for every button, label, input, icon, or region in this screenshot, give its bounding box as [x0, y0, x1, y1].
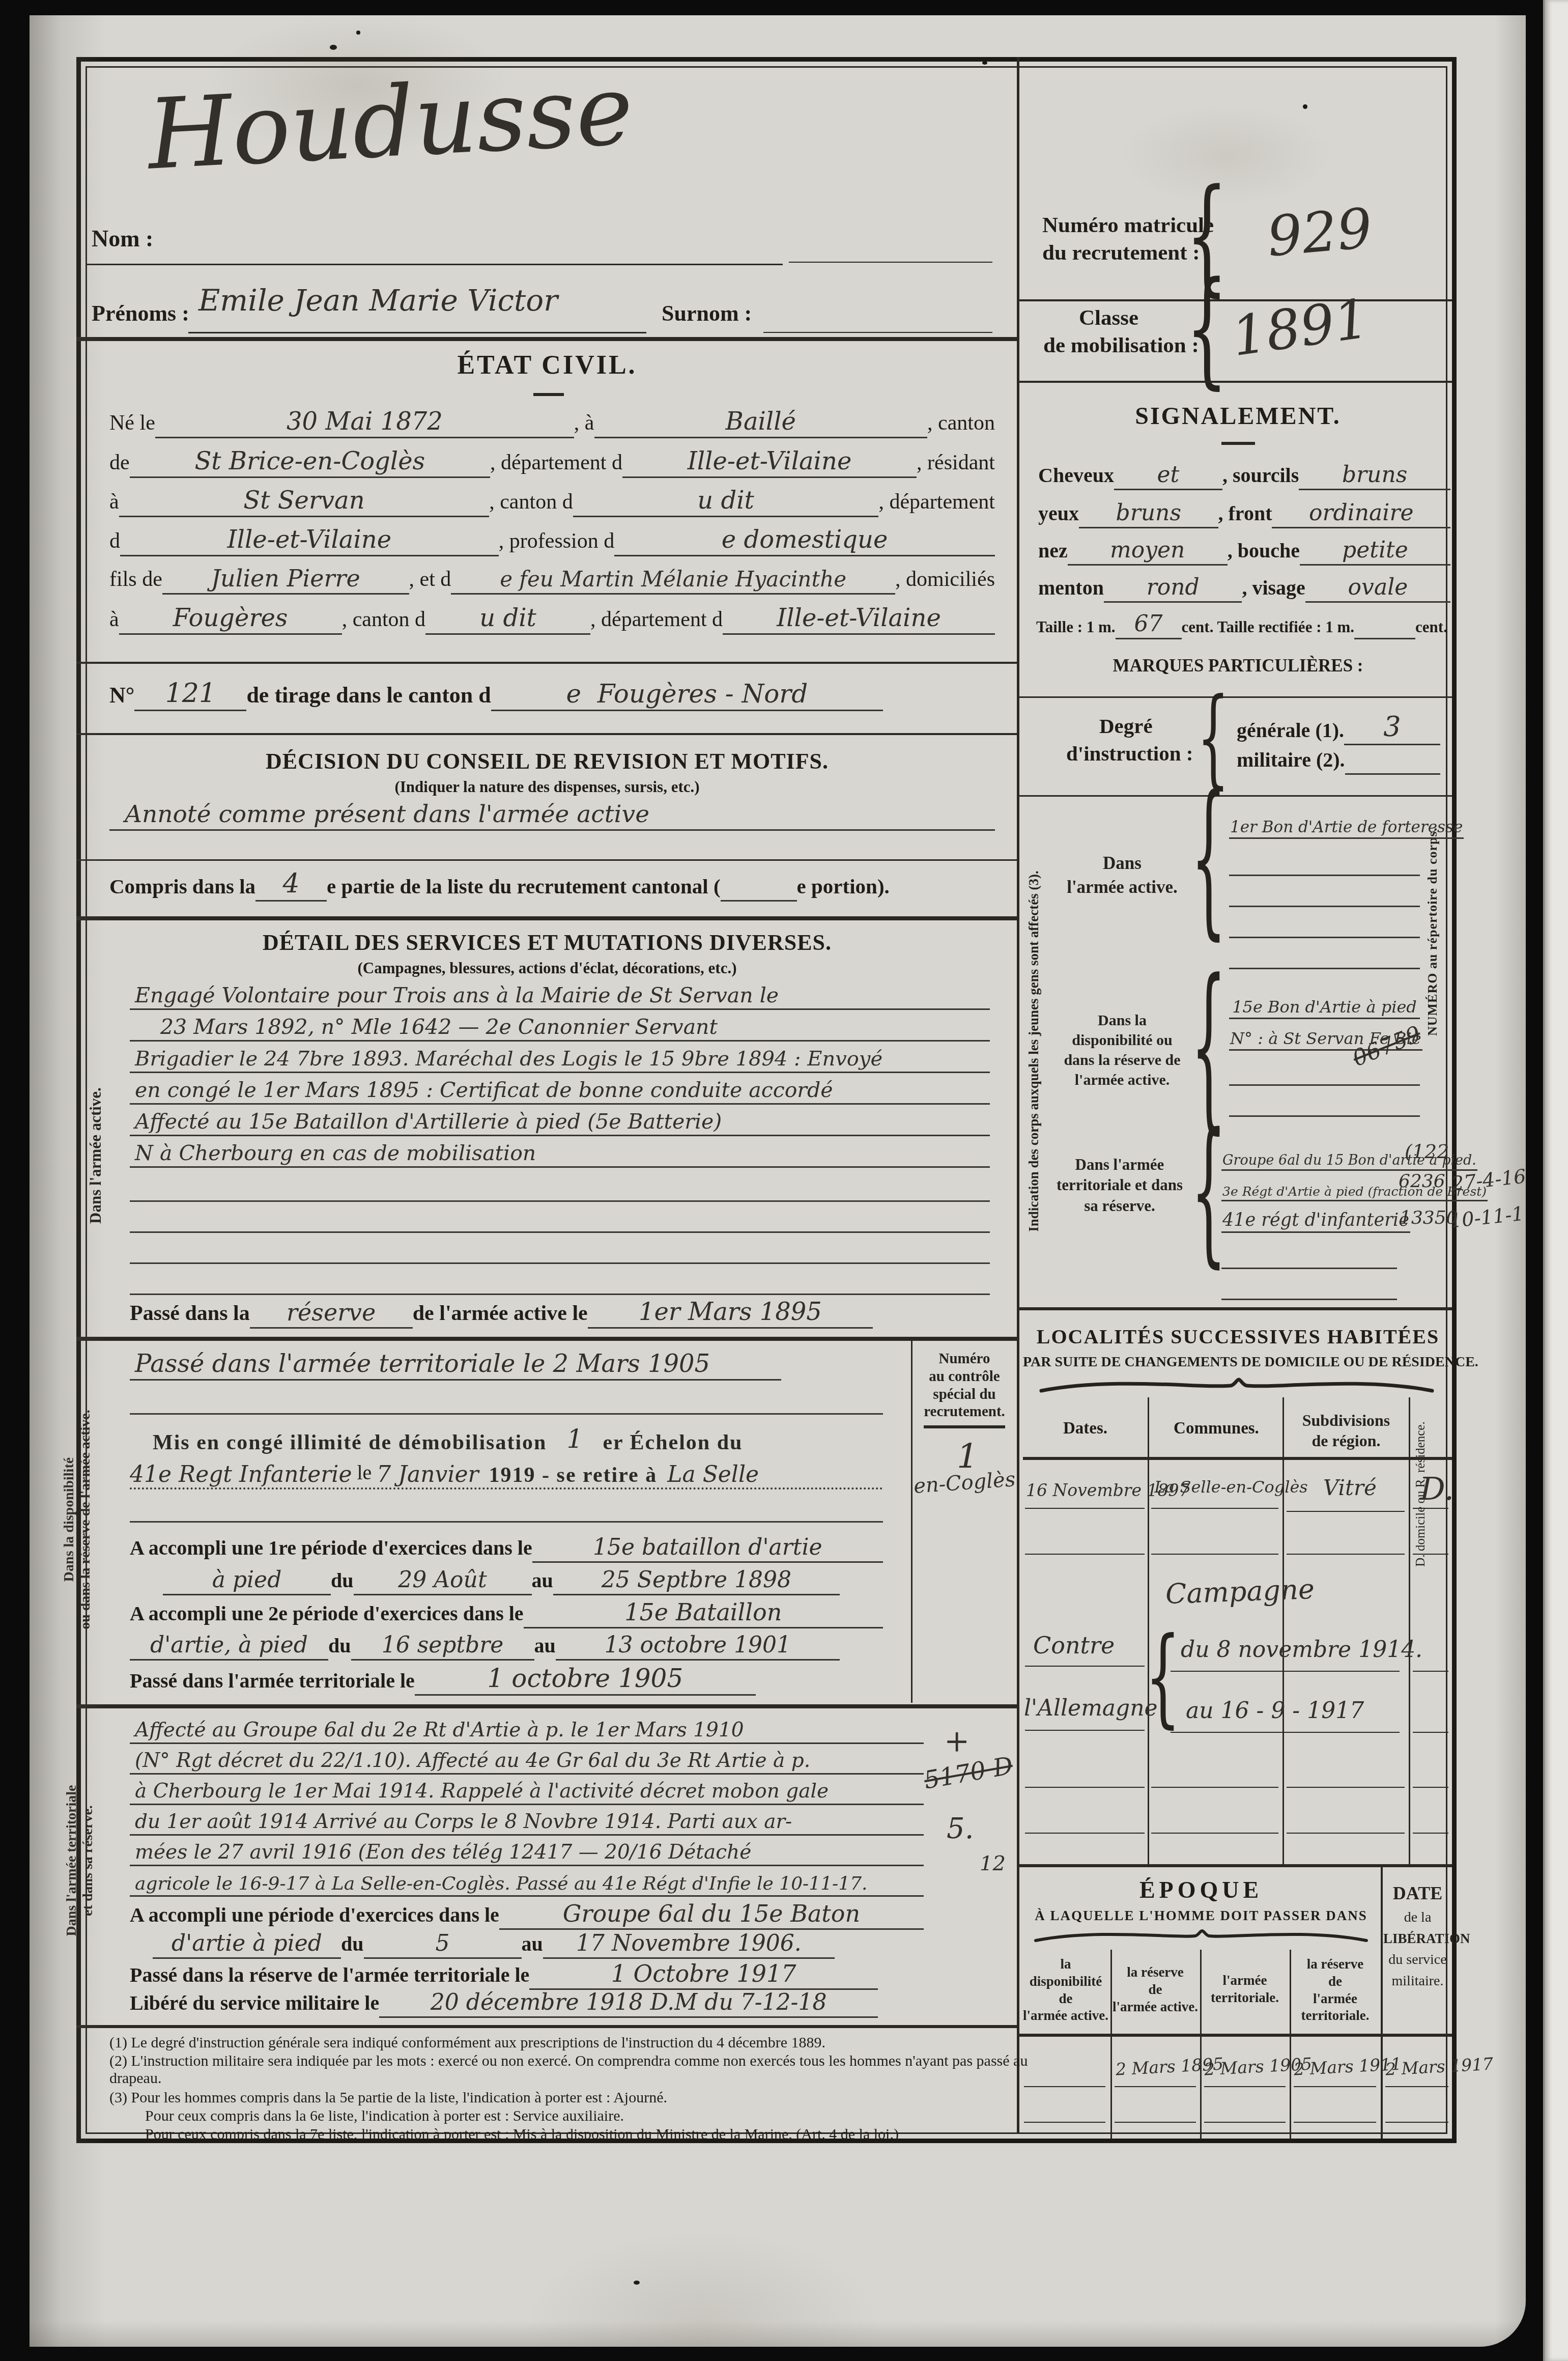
etat-civil-title: ÉTAT CIVIL. — [331, 350, 763, 380]
periode3-label: A accompli une période d'exercices dans … — [130, 1903, 499, 1930]
corps-terr-label: Dans l'armée territoriale et dans sa rés… — [1048, 1155, 1191, 1216]
blank-ruled-line — [130, 1492, 883, 1524]
service-line-1: Engagé Volontaire pour Trois ans à la Ma… — [130, 981, 990, 1010]
localites-col-subdiv-l2: de région. — [1312, 1431, 1380, 1450]
terr-entry: agricole le 16-9-17 à La Selle-en-Coglès… — [135, 1873, 868, 1894]
epoque-date-l1: DATE — [1383, 1879, 1452, 1907]
matricule-value: 929 — [1265, 196, 1375, 269]
blank-portion — [721, 899, 797, 902]
disponibilite-vlabel-line2: ou dans la réserve de l'armée active. — [77, 1410, 93, 1629]
a2-label: à — [109, 490, 119, 517]
epoque-col1-l3: de — [1059, 1991, 1073, 2006]
periode2-debut-value: 16 septbre — [382, 1632, 504, 1658]
ne-le-label: Né le — [109, 411, 155, 438]
terr-line-1: Affecté au Groupe 6al du 2e Rt d'Artie à… — [130, 1717, 924, 1744]
periode3-fin-value: 17 Novembre 1906. — [576, 1930, 802, 1956]
footnote-2: (2) L'instruction militaire sera indiqué… — [109, 2053, 1041, 2087]
footnote-4: Pour ceux compris dans la 6e liste, l'in… — [145, 2107, 1015, 2125]
yeux-label: yeux — [1038, 501, 1079, 528]
campagne-title: Campagne — [1165, 1573, 1315, 1610]
cheveux-value: et — [1157, 462, 1180, 488]
services-title: DÉTAIL DES SERVICES ET MUTATIONS DIVERSE… — [153, 930, 942, 955]
epoque-col1-l2: disponibilité — [1030, 1974, 1102, 1989]
compris-line: Compris dans la 4 e partie de la liste d… — [109, 868, 995, 902]
corps-terr-num-2: 6236 — [1399, 1171, 1445, 1192]
periode1-fin-value: 25 Septbre 1898 — [602, 1567, 791, 1593]
etat-civil-line-1: Né le 30 Mai 1872 , à Baillé , canton — [109, 407, 995, 438]
terr-line-6: agricole le 16-9-17 à La Selle-en-Coglès… — [130, 1869, 924, 1897]
armee-active-vlabel-text: Dans l'armée active. — [87, 1087, 104, 1224]
mother-name-value: e feu Martin Mélanie Hyacinthe — [500, 567, 846, 592]
corps-active-label-l1: Dans — [1103, 853, 1142, 873]
taille-label: Taille : 1 m. — [1036, 618, 1116, 639]
corps-dispo-label-text: Dans la disponibilité ou dans la réserve… — [1064, 1012, 1180, 1088]
periode1-line-b: à pied du 29 Août au 25 Septbre 1898 — [163, 1566, 840, 1595]
canton-label: , canton — [927, 411, 995, 438]
tirage-canton-value: e Fougères - Nord — [566, 679, 808, 709]
nez-label: nez — [1038, 539, 1068, 566]
corps-terr-entry-3-row: 41e régt d'infanterie — [1221, 1204, 1397, 1233]
passe-territoriale-line: Passé dans l'armée territoriale le 1 oct… — [130, 1664, 756, 1696]
decision-title: DÉCISION DU CONSEIL DE REVISION ET MOTIF… — [153, 748, 942, 774]
signalement-row-4: menton rond , visage ovale — [1038, 573, 1450, 603]
demob-le-label: le — [352, 1460, 377, 1487]
periode3-debut-value: 5 — [436, 1930, 450, 1956]
departement-value: Ille-et-Vilaine — [688, 447, 852, 475]
decision-subtitle: (Indiquer la nature des dispenses, sursi… — [153, 778, 942, 796]
tirage-number-value: 121 — [165, 678, 216, 709]
footnote-3: (3) Pour les hommes compris dans la 5e p… — [109, 2089, 1015, 2106]
etat-civil-line-4: d Ille-et-Vilaine , profession d e domes… — [109, 525, 995, 556]
cheveux-label: Cheveux — [1038, 463, 1114, 490]
territoriale-vlabel-line1: Dans l'armée territoriale — [64, 1785, 79, 1936]
service-entry: en congé le 1er Mars 1895 : Certificat d… — [135, 1078, 833, 1102]
corps-terr-entry-2: 3e Régt d'Artie à pied (fraction de Bres… — [1222, 1184, 1487, 1199]
epoque-col1-l1: la — [1060, 1956, 1071, 1972]
et-de-label: , et d — [409, 567, 451, 595]
du-label: du — [331, 1568, 354, 1595]
classe-brace: { — [1186, 255, 1228, 402]
demob-lieu-value: La Selle — [667, 1461, 759, 1487]
epoque-ornament — [1033, 1927, 1369, 1945]
passe-reserve-label: Passé dans la — [130, 1301, 250, 1329]
terr-1905-value: Passé dans l'armée territoriale le 2 Mar… — [135, 1350, 710, 1378]
terr-line-5: mées le 27 avril 1916 (Eon des télég 124… — [130, 1839, 924, 1866]
epoque-col2-l1: la réserve — [1127, 1964, 1184, 1980]
generale-value: 3 — [1383, 711, 1401, 743]
epoque-col4-header: la réserve de l'armée territoriale. — [1291, 1956, 1380, 2025]
prenoms-label: Prénoms : — [92, 300, 189, 326]
controle-header-l2: au contrôle — [929, 1368, 1000, 1385]
campagne-brace: { — [1145, 1615, 1181, 1738]
au2-label: au — [534, 1634, 556, 1661]
birth-date-value: 30 Mai 1872 — [287, 407, 443, 436]
signalement-row-1: Cheveux et , sourcils bruns — [1038, 461, 1450, 490]
periode3-pied-value: d'artie à pied — [172, 1930, 322, 1956]
canton2-label: , canton d — [489, 490, 573, 517]
localites-row1-dr: D. — [1420, 1470, 1454, 1507]
decision-answer: Annoté comme présent dans l'armée active — [109, 800, 995, 831]
terr-entry: à Cherbourg le 1er Mai 1914. Rappelé à l… — [135, 1780, 829, 1803]
epoque-date-l4: du service — [1383, 1949, 1452, 1971]
marques-label: MARQUES PARTICULIÈRES : — [1023, 656, 1453, 676]
corps-dispo-label: Dans la disponibilité ou dans la réserve… — [1056, 1010, 1188, 1090]
degre-militaire-row: militaire (2). — [1237, 746, 1440, 775]
terr-entry: du 1er août 1914 Arrivé au Corps le 8 No… — [135, 1810, 792, 1833]
epoque-col1-l4: l'armée active. — [1023, 2008, 1108, 2023]
blank-militaire — [1345, 772, 1440, 775]
blank-ruled-lines — [130, 1171, 990, 1298]
demob-echelon-value: 1 — [567, 1424, 583, 1454]
scanned-register-sheet: Nom : Houdusse Prénoms : Emile Jean Mari… — [0, 0, 1568, 2361]
service-line-2: 23 Mars 1892, n° Mle 1642 — 2e Canonnier… — [130, 1013, 990, 1042]
libere-label: Libéré du service militaire le — [130, 1991, 379, 2018]
epoque-col3-l2: territoriale. — [1211, 1990, 1279, 2005]
periode2-corps-value: 15e Bataillon — [624, 1598, 782, 1626]
periode3-corps-value: Groupe 6al du 15e Baton — [563, 1900, 860, 1927]
decision-answer-value: Annoté comme présent dans l'armée active — [125, 800, 649, 828]
reserve-value: réserve — [287, 1299, 376, 1326]
periode1-pied-value: à pied — [212, 1567, 282, 1593]
matricule-label-2: du recrutement : — [1042, 240, 1200, 265]
parents-domicile-value: Fougères — [173, 604, 288, 632]
terr-entry: mées le 27 avril 1916 (Eon des télég 124… — [135, 1841, 751, 1864]
prenoms-value: Emile Jean Marie Victor — [198, 283, 558, 318]
service-entry: Brigadier le 24 7bre 1893. Maréchal des … — [135, 1047, 882, 1071]
blank-ruled-lines — [1229, 1055, 1420, 1120]
canton2-value: u dit — [697, 486, 754, 515]
corps-vlabel-left-text: Indication des corps auxquels les jeunes… — [1026, 870, 1041, 1232]
disponibilite-vlabel: Dans la disponibilité ou dans la réserve… — [61, 1344, 94, 1695]
militaire-label: militaire (2). — [1237, 748, 1345, 775]
corps-terr-label-text: Dans l'armée territoriale et dans sa rés… — [1057, 1156, 1183, 1215]
localites-row1-commune: La Selle-en-Coglès — [1154, 1477, 1308, 1497]
controle-header-l3: spécial du — [933, 1386, 995, 1402]
terr-1905-line: Passé dans l'armée territoriale le 2 Mar… — [130, 1349, 781, 1381]
footnote-5: Pour ceux compris dans la 7e liste, l'in… — [145, 2126, 1036, 2143]
epoque-col4-l1: la réserve — [1307, 1956, 1364, 1972]
footnote-1: (1) Le degré d'instruction générale sera… — [109, 2034, 1015, 2051]
libere-value: 20 décembre 1918 D.M du 7-12-18 — [431, 1989, 827, 2015]
blank-ruled-lines — [1221, 1238, 1397, 1302]
service-line-5: Affecté au 15e Bataillon d'Artillerie à … — [130, 1108, 990, 1136]
localites-col-subdiv: Subdivisions de région. — [1285, 1410, 1407, 1451]
passe-reserve-line: Passé dans la réserve de l'armée active … — [130, 1297, 873, 1329]
nez-value: moyen — [1110, 537, 1185, 563]
etat-civil-line-6: à Fougères , canton d u dit , départemen… — [109, 604, 995, 635]
corps-dispo-entry-1-row: 15e Bon d'Artie à pied — [1229, 992, 1420, 1019]
service-entry: 23 Mars 1892, n° Mle 1642 — 2e Canonnier… — [160, 1015, 718, 1039]
epoque-col4-l2: de — [1328, 1974, 1342, 1989]
controle-header: Numéro au contrôle spécial du recrutemen… — [914, 1350, 1015, 1421]
epoque-subtitle: À LAQUELLE L'HOMME DOIT PASSER DANS — [1023, 1908, 1379, 1924]
demob-regt-value: 41e Regt Infanterie — [130, 1461, 352, 1487]
nom-label: Nom : — [92, 225, 153, 252]
visage-label: , visage — [1242, 576, 1305, 603]
taille-value: 67 — [1134, 611, 1163, 637]
compris-label-2: e partie de la liste du recrutement cant… — [327, 874, 721, 902]
periode1-line: A accompli une 1re période d'exercices d… — [130, 1533, 883, 1563]
epoque-col2-l3: l'armée active. — [1113, 1999, 1198, 2014]
localites-col-subdiv-l1: Subdivisions — [1302, 1411, 1390, 1429]
au3-label: au — [522, 1932, 543, 1959]
corps-vlabel-left: Indication des corps auxquels les jeunes… — [1026, 802, 1042, 1301]
demob-stamp-text-2: er Échelon du — [603, 1430, 743, 1455]
service-line-6: N à Cherbourg en cas de mobilisation — [130, 1139, 990, 1168]
services-subtitle: (Campagnes, blessures, actions d'éclat, … — [153, 959, 942, 977]
armee-active-vlabel: Dans l'armée active. — [87, 993, 105, 1318]
front-value: ordinaire — [1309, 500, 1413, 526]
corps-terr-num-1: (122 — [1405, 1140, 1449, 1163]
periode1-debut-value: 29 Août — [398, 1567, 487, 1593]
menton-label: menton — [1038, 576, 1104, 603]
territoriale-vlabel-line2: et dans sa réserve. — [80, 1805, 96, 1916]
epoque-col4-l4: territoriale. — [1301, 2008, 1369, 2023]
corps-terr-entry-3: 41e régt d'infanterie — [1222, 1210, 1409, 1230]
corps-margin-date-2: 10-11-17 — [1448, 1201, 1526, 1232]
localites-row1-subdiv: Vitré — [1323, 1475, 1377, 1500]
margin-5-mark: 5. — [947, 1812, 974, 1845]
corps-vlabel-right-text: NUMÉRO au répertoire du corps. — [1425, 827, 1440, 1036]
signalement-title: SIGNALEMENT. — [1023, 402, 1453, 430]
corps-vlabel-right: NUMÉRO au répertoire du corps. — [1425, 804, 1440, 1059]
paper-sheet: Nom : Houdusse Prénoms : Emile Jean Mari… — [30, 15, 1526, 2347]
surnom-label: Surnom : — [662, 300, 752, 326]
periode3-line-b: d'artie à pied du 5 au 17 Novembre 1906. — [153, 1930, 835, 1959]
passe-reserve-label-2: de l'armée active le — [413, 1301, 588, 1329]
campagne-date-1: du 8 novembre 1914. — [1181, 1637, 1422, 1663]
compris-partie-value: 4 — [283, 868, 300, 899]
service-line-4: en congé le 1er Mars 1895 : Certificat d… — [130, 1076, 990, 1105]
degre-label-1: Degré — [1099, 714, 1153, 738]
domicilies-label: , domiciliés — [895, 567, 995, 595]
passe-territoriale-value: 1 octobre 1905 — [488, 1664, 683, 1693]
demob-stamp-text-1: Mis en congé illimité de démobilisation — [153, 1430, 547, 1455]
birth-place-value: Baillé — [726, 407, 796, 436]
corps-dispo-entry-1: 15e Bon d'Artie à pied — [1232, 997, 1417, 1017]
campagne-date-2: au 16 - 9 - 1917 — [1186, 1698, 1364, 1724]
corps-active-entry: 1er Bon d'Artie de forteresse — [1230, 818, 1463, 836]
signalement-row-2: yeux bruns , front ordinaire — [1038, 499, 1450, 528]
departement-label: , département d — [490, 451, 622, 478]
periode2-fin-value: 13 octobre 1901 — [605, 1632, 791, 1658]
taille-row: Taille : 1 m. 67 cent. Taille rectifiée … — [1036, 611, 1455, 639]
corps-active-brace: { — [1191, 760, 1227, 955]
epoque-col2-l2: de — [1149, 1982, 1162, 1997]
controle-column-divider — [911, 1339, 913, 1703]
residence-value: St Servan — [243, 486, 364, 515]
reserve-territoriale-value: 1 Octobre 1917 — [611, 1960, 796, 1987]
signalement-row-3: nez moyen , bouche petite — [1038, 536, 1450, 566]
periode2-line-b: d'artie, à pied du 16 septbre au 13 octo… — [130, 1631, 840, 1661]
numero-tirage-label: N° — [109, 682, 134, 711]
taille-rectifiee-label: cent. Taille rectifiée : 1 m. — [1182, 618, 1354, 639]
terr-line-2: (N° Rgt décret du 22/1.10). Affecté au 4… — [130, 1747, 924, 1775]
corps-active-entry-row: 1er Bon d'Artie de forteresse — [1229, 810, 1420, 839]
sourcils-label: , sourcils — [1222, 463, 1299, 490]
terr-entry: (N° Rgt décret du 22/1.10). Affecté au 4… — [135, 1749, 810, 1772]
bouche-label: , bouche — [1228, 539, 1300, 566]
bouche-value: petite — [1342, 537, 1408, 563]
menton-value: rond — [1147, 574, 1200, 600]
localites-col-communes: Communes. — [1150, 1419, 1282, 1438]
du2-label: du — [328, 1634, 351, 1661]
yeux-value: bruns — [1116, 500, 1181, 526]
corps-terr-entry-2-row: 3e Régt d'Artie à pied (fraction de Bres… — [1221, 1175, 1397, 1201]
service-line-3: Brigadier le 24 7bre 1893. Maréchal des … — [130, 1045, 990, 1073]
service-entry: N à Cherbourg en cas de mobilisation — [135, 1141, 536, 1165]
degre-generale-row: générale (1). 3 — [1237, 711, 1440, 745]
campagne-contre: Contre — [1033, 1632, 1115, 1659]
epoque-date-l5: militaire. — [1383, 1971, 1452, 1992]
residant-label: , résidant — [917, 451, 995, 478]
cent-label: cent. — [1415, 618, 1447, 639]
periode2-label: A accompli une 2e période d'exercices da… — [130, 1601, 524, 1628]
demob-stamp-line-2: 41e Regt Infanterie le 7 Janvier 1919 - … — [130, 1457, 883, 1489]
canton-value: St Brice-en-Coglès — [194, 447, 425, 475]
next-page-edge — [1543, 0, 1568, 2361]
localites-col-dates: Dates. — [1023, 1419, 1148, 1438]
front-label: , front — [1218, 501, 1272, 528]
classe-label-2: de mobilisation : — [1043, 333, 1199, 358]
localites-subtitle: PAR SUITE DE CHANGEMENTS DE DOMICILE OU … — [1023, 1354, 1453, 1370]
canton3-value: u dit — [479, 604, 536, 632]
epoque-col2-header: la réserve de l'armée active. — [1111, 1964, 1199, 2015]
etat-civil-line-3: à St Servan , canton d u dit , départeme… — [109, 486, 995, 517]
blank-ruled-line — [130, 1384, 883, 1416]
epoque-date-col-divider — [1381, 1864, 1383, 2139]
etat-civil-line-2: de St Brice-en-Coglès , département d Il… — [109, 447, 995, 478]
tirage-canton-label: de tirage dans le canton d — [246, 682, 491, 711]
libere-line: Libéré du service militaire le 20 décemb… — [130, 1989, 878, 2018]
etat-civil-line-5: fils de Julien Pierre , et d e feu Marti… — [109, 565, 995, 595]
compris-label-3: e portion). — [797, 874, 890, 902]
periode2-pied-value: d'artie, à pied — [150, 1632, 308, 1658]
au-label: au — [532, 1568, 553, 1595]
departement2-label: , département — [878, 490, 995, 517]
controle-header-l1: Numéro — [939, 1351, 990, 1367]
epoque-title: ÉPOQUE — [1023, 1876, 1379, 1903]
d-label: d — [109, 529, 120, 556]
periode1-label: A accompli une 1re période d'exercices d… — [130, 1536, 532, 1563]
departement2-value: Ille-et-Vilaine — [227, 525, 392, 554]
periode3-line: A accompli une période d'exercices dans … — [130, 1900, 924, 1930]
column-divider — [1017, 57, 1019, 2134]
epoque-date-header: DATE de la LIBÉRATION du service militai… — [1383, 1879, 1452, 1992]
visage-value: ovale — [1348, 574, 1408, 600]
sourcils-value: bruns — [1342, 462, 1407, 488]
localites-col-divider-2 — [1282, 1397, 1284, 1866]
a-label: , à — [574, 411, 594, 438]
epoque-col1-header: la disponibilité de l'armée active. — [1022, 1956, 1109, 2025]
father-name-value: Julien Pierre — [211, 565, 360, 592]
classe-label: Classe — [1079, 305, 1138, 330]
fils-de-label: fils de — [109, 567, 162, 595]
epoque-date-l2: de la — [1383, 1907, 1452, 1928]
compris-label: Compris dans la — [109, 874, 255, 902]
service-entry: Affecté au 15e Bataillon d'Artillerie à … — [135, 1109, 722, 1134]
corps-terr-entry-1-row: Groupe 6al du 15 Bon d'artie à pied. — [1221, 1144, 1397, 1171]
localites-ornament — [1038, 1375, 1435, 1396]
tirage-line: N° 121 de tirage dans le canton d e Foug… — [109, 678, 883, 711]
canton3-label: , canton d — [342, 607, 425, 635]
reserve-territoriale-label: Passé dans la réserve de l'armée territo… — [130, 1963, 529, 1990]
profession-value: e domestique — [722, 525, 888, 554]
profession-label: , profession d — [499, 529, 614, 556]
terr-entry: Affecté au Groupe 6al du 2e Rt d'Artie à… — [135, 1719, 744, 1741]
departement3-value: Ille-et-Vilaine — [777, 604, 941, 632]
periode1-corps-value: 15e bataillon d'artie — [593, 1534, 822, 1560]
disponibilite-vlabel-line1: Dans la disponibilité — [61, 1457, 77, 1582]
departement3-label: , département d — [590, 607, 723, 635]
demob-stamp-line-1: Mis en congé illimité de démobilisation … — [153, 1424, 880, 1455]
epoque-date-l3: LIBÉRATION — [1383, 1928, 1452, 1949]
service-entry: Engagé Volontaire pour Trois ans à la Ma… — [135, 983, 779, 1007]
corps-active-label: Dans l'armée active. — [1056, 851, 1188, 900]
corps-active-label-l2: l'armée active. — [1067, 877, 1178, 897]
demob-date-value: 7 Janvier — [377, 1461, 478, 1487]
passe-territoriale-label: Passé dans l'armée territoriale le — [130, 1669, 415, 1696]
epoque-col3-l1: l'armée — [1223, 1973, 1267, 1988]
campagne-allemagne: l'Allemagne — [1024, 1695, 1158, 1721]
blank-taille-rectifiee — [1354, 637, 1415, 639]
reserve-date-value: 1er Mars 1895 — [639, 1298, 822, 1326]
terr-line-3: à Cherbourg le 1er Mai 1914. Rappelé à l… — [130, 1778, 924, 1805]
controle-header-l4: recrutement. — [924, 1403, 1005, 1420]
demob-stamp-text-3: 1919 - se retire à — [479, 1463, 668, 1487]
localites-title: LOCALITÉS SUCCESSIVES HABITÉES — [1023, 1325, 1453, 1348]
margin-12-mark: 12 — [980, 1852, 1006, 1875]
de-label: de — [109, 451, 130, 478]
margin-plus-mark: + — [944, 1723, 970, 1759]
du3-label: du — [341, 1932, 364, 1959]
degre-label-2: d'instruction : — [1066, 741, 1193, 766]
periode2-line: A accompli une 2e période d'exercices da… — [130, 1598, 883, 1628]
blank-ruled-lines — [1229, 845, 1420, 972]
localites-col-divider-3 — [1409, 1397, 1410, 1866]
territoriale-vlabel: Dans l'armée territoriale et dans sa rés… — [64, 1716, 96, 2006]
terr-line-4: du 1er août 1914 Arrivé au Corps le 8 No… — [130, 1808, 924, 1836]
epoque-col4-l3: l'armée — [1313, 1991, 1357, 2006]
reserve-territoriale-line: Passé dans la réserve de l'armée territo… — [130, 1960, 878, 1990]
generale-label: générale (1). — [1237, 718, 1344, 745]
a3-label: à — [109, 607, 119, 635]
epoque-col3-header: l'armée territoriale. — [1201, 1972, 1289, 2007]
